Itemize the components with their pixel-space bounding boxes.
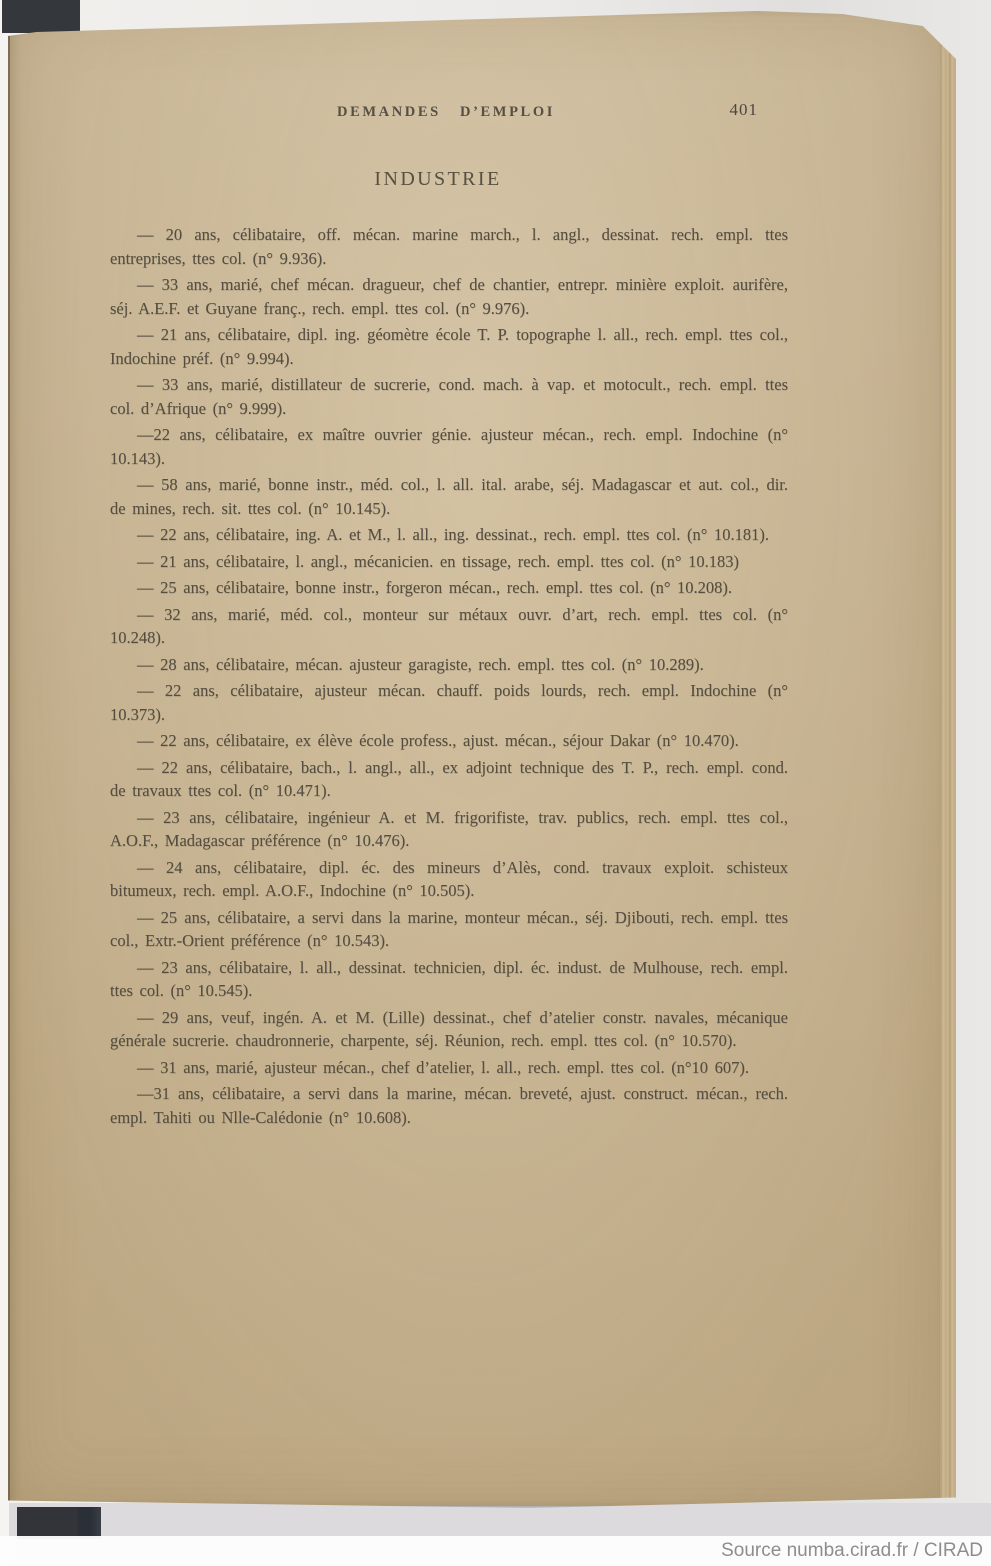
job-entry: — 32 ans, marié, méd. col., monteur sur … — [110, 603, 788, 650]
job-entry: — 20 ans, célibataire, off. mécan. marin… — [110, 223, 788, 270]
running-title: DEMANDES D’EMPLOI — [337, 104, 555, 120]
job-entry: — 58 ans, marié, bonne instr., méd. col.… — [110, 473, 788, 520]
job-entry: —31 ans, célibataire, a servi dans la ma… — [110, 1082, 788, 1129]
book-page: DEMANDES D’EMPLOI 401 INDUSTRIE — 20 ans… — [8, 11, 956, 1508]
job-entry: — 33 ans, marié, chef mécan. dragueur, c… — [110, 273, 788, 320]
job-entry: — 22 ans, célibataire, ing. A. et M., l.… — [110, 523, 788, 547]
job-entry: — 28 ans, célibataire, mécan. ajusteur g… — [110, 653, 788, 677]
job-entry: — 33 ans, marié, distillateur de sucreri… — [110, 373, 788, 420]
job-entry: — 31 ans, marié, ajusteur mécan., chef d… — [110, 1056, 788, 1080]
source-attribution-text: Source numba.cirad.fr / CIRAD — [721, 1540, 983, 1562]
job-entries-list: — 20 ans, célibataire, off. mécan. marin… — [110, 223, 788, 1129]
scan-dark-corner-bottom — [17, 1507, 101, 1539]
job-entry: — 21 ans, célibataire, dipl. ing. géomèt… — [110, 323, 788, 370]
job-entry: — 23 ans, célibataire, ingénieur A. et M… — [110, 806, 788, 853]
section-title: INDUSTRIE — [98, 168, 778, 191]
paper-surface: DEMANDES D’EMPLOI 401 INDUSTRIE — 20 ans… — [8, 11, 940, 1506]
job-entry: — 25 ans, célibataire, bonne instr., for… — [110, 576, 788, 600]
job-entry: — 23 ans, célibataire, l. all., dessinat… — [110, 956, 788, 1003]
job-entry: — 21 ans, célibataire, l. angl., mécanic… — [110, 550, 788, 574]
job-entry: — 24 ans, célibataire, dipl. éc. des min… — [110, 856, 788, 903]
scanned-book-page-viewer: DEMANDES D’EMPLOI 401 INDUSTRIE — 20 ans… — [0, 0, 991, 1566]
job-entry: — 29 ans, veuf, ingén. A. et M. (Lille) … — [110, 1006, 788, 1053]
job-entry: — 25 ans, célibataire, a servi dans la m… — [110, 906, 788, 953]
scan-left-margin — [0, 0, 9, 1566]
job-entry: — 22 ans, célibataire, bach., l. angl., … — [110, 756, 788, 803]
job-entry: —22 ans, célibataire, ex maître ouvrier … — [110, 423, 788, 470]
page-number: 401 — [730, 100, 759, 120]
job-entry: — 22 ans, célibataire, ajusteur mécan. c… — [110, 679, 788, 726]
page-header: DEMANDES D’EMPLOI 401 — [106, 103, 786, 121]
source-attribution-bar: Source numba.cirad.fr / CIRAD — [0, 1536, 991, 1566]
scan-dark-corner-top — [2, 0, 80, 33]
job-entry: — 22 ans, célibataire, ex élève école pr… — [110, 729, 788, 753]
